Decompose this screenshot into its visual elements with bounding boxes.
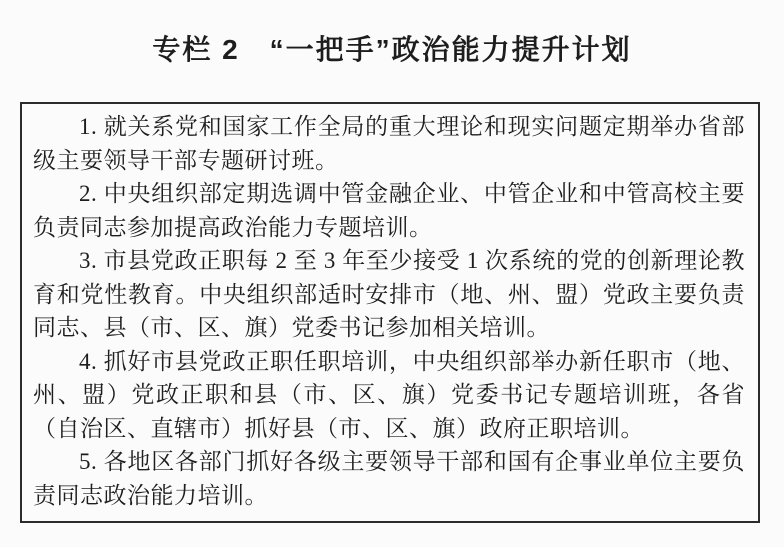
list-item-3: 3. 市县党政正职每 2 至 3 年至少接受 1 次系统的党的创新理论教育和党性… <box>33 244 745 345</box>
column-box: 1. 就关系党和国家工作全局的重大理论和现实问题定期举办省部级主要领导干部专题研… <box>20 102 760 523</box>
list-item-2: 2. 中央组织部定期选调中管金融企业、中管企业和中管高校主要负责同志参加提高政治… <box>33 177 745 244</box>
list-item-4: 4. 抓好市县党政正职任职培训，中央组织部举办新任职市（地、州、盟）党政正职和县… <box>33 345 745 446</box>
box-label: 专栏 2 <box>152 31 239 69</box>
box-heading: 专栏 2 “一把手”政治能力提升计划 <box>0 0 784 69</box>
scanned-document: { "page": { "background": "#fbfbfb", "te… <box>0 0 784 547</box>
list-item-5: 5. 各地区各部门抓好各级主要领导干部和国有企事业单位主要负责同志政治能力培训。 <box>33 445 745 512</box>
list-item-1: 1. 就关系党和国家工作全局的重大理论和现实问题定期举办省部级主要领导干部专题研… <box>33 110 745 177</box>
document-page: 专栏 2 “一把手”政治能力提升计划 1. 就关系党和国家工作全局的重大理论和现… <box>0 0 784 547</box>
box-title: “一把手”政治能力提升计划 <box>270 31 632 69</box>
